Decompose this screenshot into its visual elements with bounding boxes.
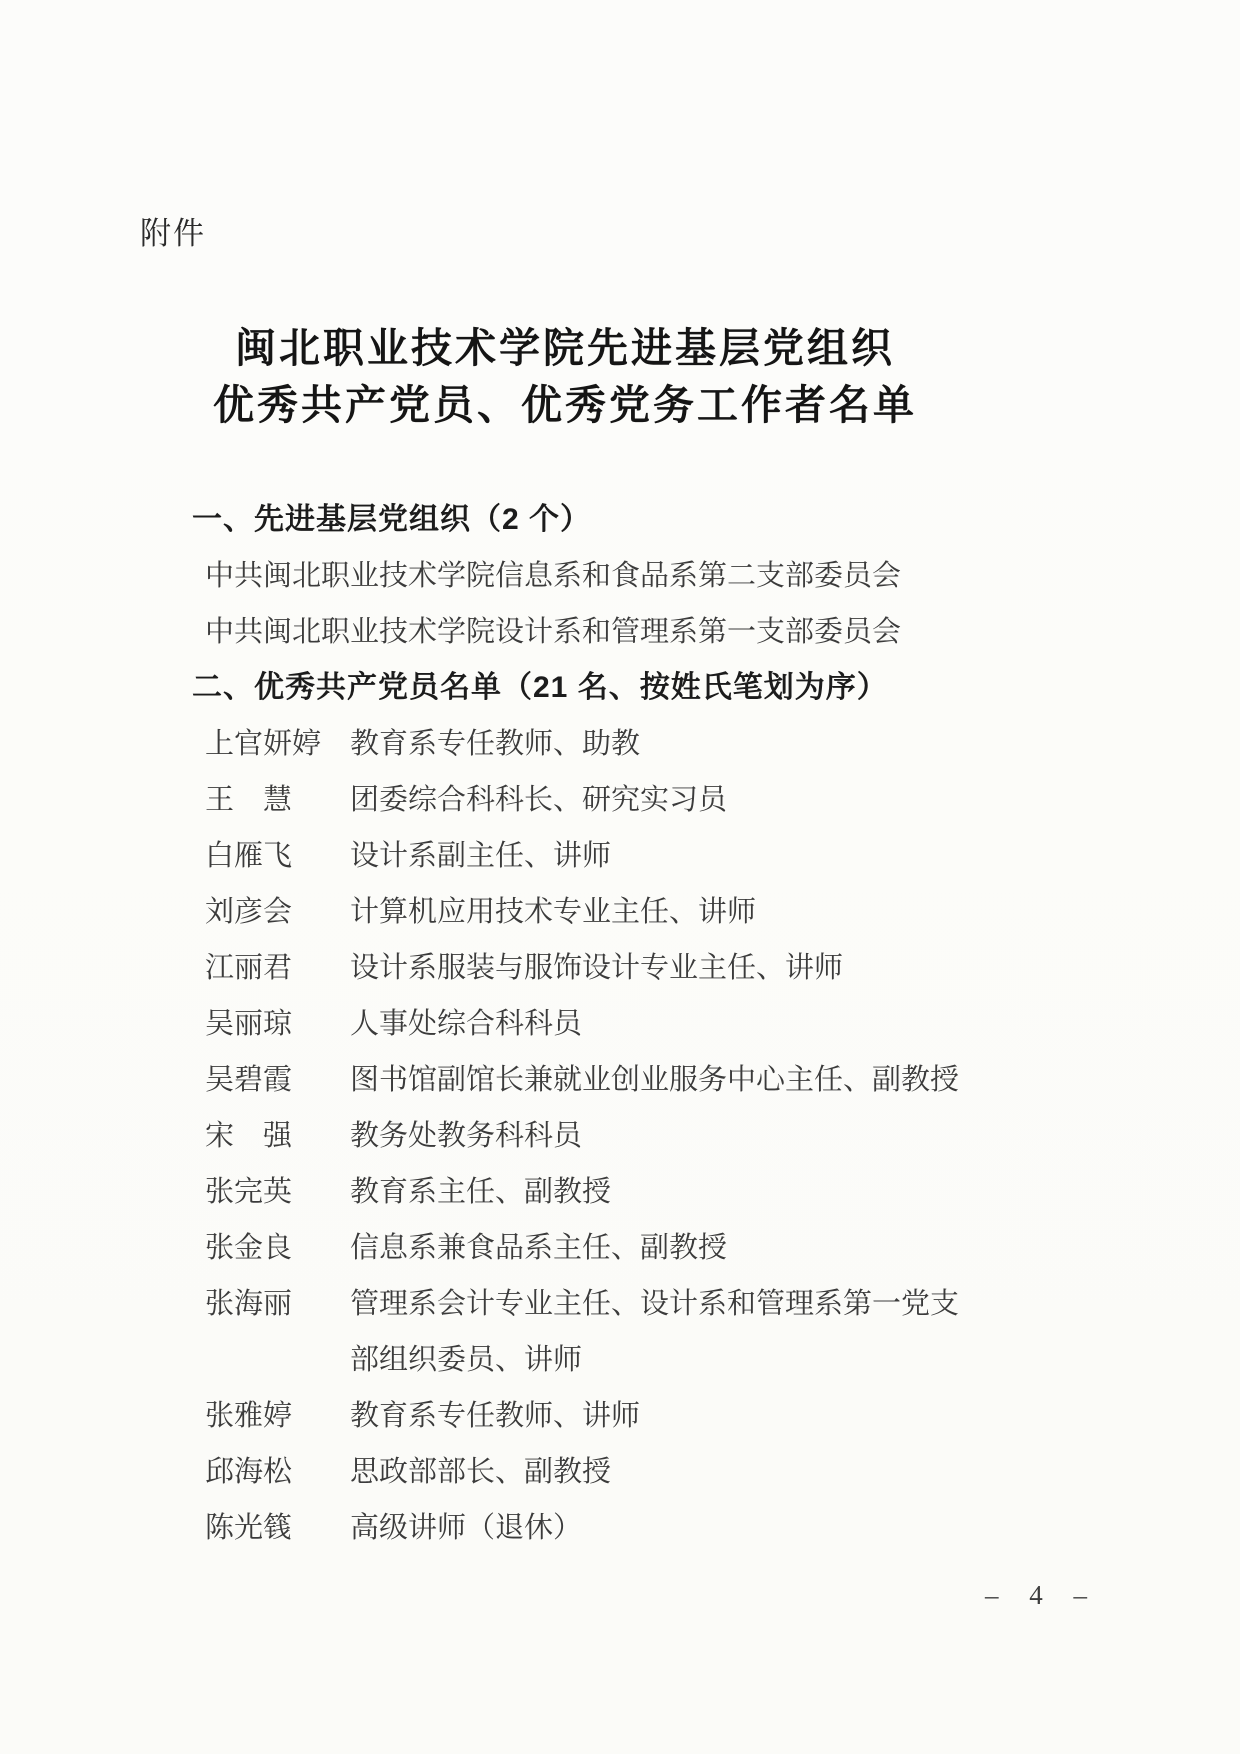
member-title: 图书馆副馆长兼就业创业服务中心主任、副教授 — [350, 1052, 972, 1108]
member-row: 吴丽琼 人事处综合科科员 — [192, 996, 992, 1052]
member-name: 吴碧霞 — [205, 1052, 350, 1108]
member-name: 张海丽 — [205, 1276, 350, 1332]
member-title: 设计系副主任、讲师 — [350, 828, 972, 884]
member-title: 教务处教务科科员 — [350, 1108, 972, 1164]
member-name: 江丽君 — [205, 940, 350, 996]
attachment-label: 附件 — [140, 208, 206, 253]
section-2-heading: 二、优秀共产党员名单（21 名、按姓氏笔划为序） — [192, 660, 992, 716]
document-title-line2: 优秀共产党员、优秀党务工作者名单 — [0, 377, 1130, 434]
member-row: 张完英 教育系主任、副教授 — [192, 1164, 992, 1220]
document-title: 闽北职业技术学院先进基层党组织 优秀共产党员、优秀党务工作者名单 — [0, 320, 1130, 434]
document-body: 一、先进基层党组织（2 个） 中共闽北职业技术学院信息系和食品系第二支部委员会 … — [192, 492, 992, 1556]
document-title-line1: 闽北职业技术学院先进基层党组织 — [0, 320, 1130, 377]
member-title: 教育系主任、副教授 — [350, 1164, 972, 1220]
member-name: 上官妍婷 — [205, 716, 350, 772]
member-name: 宋 强 — [205, 1108, 350, 1164]
page-number: – 4 – — [985, 1580, 1099, 1611]
member-title: 教育系专任教师、助教 — [350, 716, 972, 772]
member-row: 张海丽 管理系会计专业主任、设计系和管理系第一党支部组织委员、讲师 — [192, 1276, 992, 1388]
member-row: 宋 强 教务处教务科科员 — [192, 1108, 992, 1164]
member-title: 团委综合科科长、研究实习员 — [350, 772, 972, 828]
member-title: 人事处综合科科员 — [350, 996, 972, 1052]
member-name: 张完英 — [205, 1164, 350, 1220]
member-row: 吴碧霞 图书馆副馆长兼就业创业服务中心主任、副教授 — [192, 1052, 992, 1108]
member-row: 陈光篯 高级讲师（退休） — [192, 1500, 992, 1556]
member-row: 邱海松 思政部部长、副教授 — [192, 1444, 992, 1500]
member-title: 高级讲师（退休） — [350, 1500, 972, 1556]
member-name: 刘彦会 — [205, 884, 350, 940]
member-title: 教育系专任教师、讲师 — [350, 1388, 972, 1444]
member-row: 白雁飞 设计系副主任、讲师 — [192, 828, 992, 884]
org-entry: 中共闽北职业技术学院信息系和食品系第二支部委员会 — [192, 548, 992, 604]
member-title: 计算机应用技术专业主任、讲师 — [350, 884, 972, 940]
member-title: 设计系服装与服饰设计专业主任、讲师 — [350, 940, 972, 996]
member-title: 思政部部长、副教授 — [350, 1444, 972, 1500]
member-name: 陈光篯 — [205, 1500, 350, 1556]
member-row: 张金良 信息系兼食品系主任、副教授 — [192, 1220, 992, 1276]
member-name: 邱海松 — [205, 1444, 350, 1500]
member-title: 信息系兼食品系主任、副教授 — [350, 1220, 972, 1276]
member-title: 管理系会计专业主任、设计系和管理系第一党支部组织委员、讲师 — [350, 1276, 972, 1388]
section-1-heading: 一、先进基层党组织（2 个） — [192, 492, 992, 548]
scanned-document-page: 附件 闽北职业技术学院先进基层党组织 优秀共产党员、优秀党务工作者名单 一、先进… — [0, 0, 1240, 1754]
member-name: 白雁飞 — [205, 828, 350, 884]
member-row: 王 慧 团委综合科科长、研究实习员 — [192, 772, 992, 828]
member-name: 吴丽琼 — [205, 996, 350, 1052]
member-row: 江丽君 设计系服装与服饰设计专业主任、讲师 — [192, 940, 992, 996]
member-row: 上官妍婷 教育系专任教师、助教 — [192, 716, 992, 772]
member-row: 张雅婷 教育系专任教师、讲师 — [192, 1388, 992, 1444]
member-row: 刘彦会 计算机应用技术专业主任、讲师 — [192, 884, 992, 940]
member-name: 张雅婷 — [205, 1388, 350, 1444]
org-entry: 中共闽北职业技术学院设计系和管理系第一支部委员会 — [192, 604, 992, 660]
member-name: 张金良 — [205, 1220, 350, 1276]
member-name: 王 慧 — [205, 772, 350, 828]
